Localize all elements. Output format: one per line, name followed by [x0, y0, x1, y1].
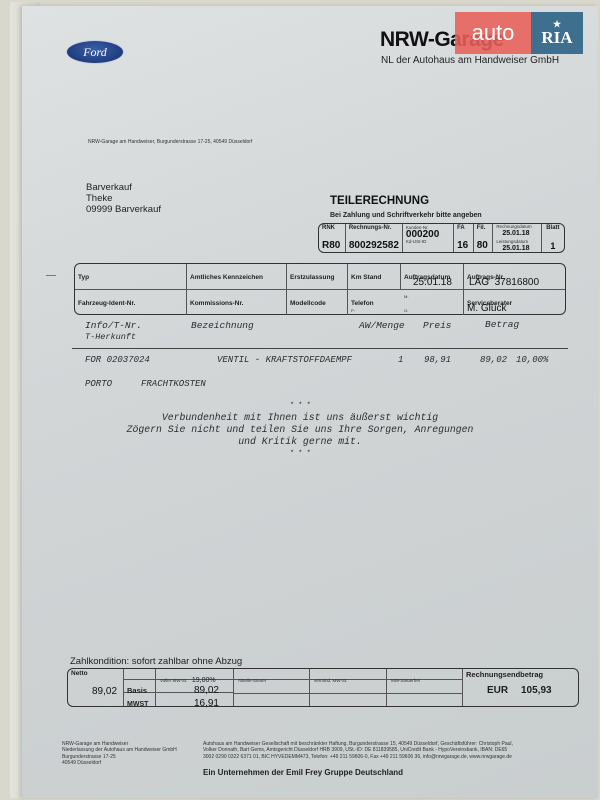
- footer-group-note: Ein Unternehmen der Emil Frey Gruppe Deu…: [203, 768, 403, 777]
- service-advisor-cell: Serviceberater M. Glück: [464, 290, 563, 315]
- message-line-1: Verbundenheit mit Ihnen ist uns äußerst …: [110, 412, 490, 424]
- fa-label: FA: [457, 225, 470, 231]
- sender-address-line: NRW-Garage am Handweiser, Burgunderstras…: [88, 139, 252, 145]
- branch-value: 80: [477, 240, 490, 251]
- phone-mobile-label: M:: [404, 294, 408, 299]
- dates-cell: Rechnungsdatum 25.01.18 Leistungsdatum 2…: [493, 224, 541, 252]
- payment-reference-note: Bei Zahlung und Schriftverkehr bitte ang…: [330, 212, 482, 219]
- plate-cell: Amtliches Kennzeichen: [187, 264, 287, 289]
- item-description: FRACHTKOSTEN: [141, 379, 206, 389]
- fold-mark: [46, 275, 56, 276]
- net-value: 89,02: [92, 686, 117, 697]
- company-subtitle: NL der Autohaus am Handweiser GmbH: [381, 55, 559, 66]
- full-vat-header: Voller MW-St. 19,00%: [156, 669, 233, 679]
- mileage-cell: Km Stand: [348, 264, 401, 289]
- service-advisor-value: M. Glück: [467, 303, 506, 314]
- customer-number-value: 000200: [406, 230, 450, 239]
- logo-text: Ford: [83, 45, 107, 60]
- autoria-watermark: auto ★ RIA: [455, 12, 583, 54]
- vin-label: Fahrzeug-Ident-Nr.: [78, 300, 135, 307]
- grand-total-label: Rechnungsendbetrag: [466, 670, 543, 679]
- vehicle-row-2: Fahrzeug-Ident-Nr. Kommissions-Nr. Model…: [75, 289, 565, 315]
- type-label: Typ: [78, 274, 89, 281]
- item-discount: 10,00%: [516, 355, 548, 365]
- message-stars-top: * * *: [110, 400, 490, 412]
- customer-message: * * * Verbundenheit mit Ihnen ist uns äu…: [110, 400, 490, 460]
- items-header-rule: [72, 348, 568, 349]
- order-number-cell: Auftrags-Nr. LAG 37816800: [464, 264, 563, 289]
- invoice-number-cell: Rechnungs-Nr. 800292582: [346, 224, 403, 252]
- commission-cell: Kommissions-Nr.: [187, 290, 287, 315]
- recipient-line-3: 09999 Barverkauf: [86, 204, 161, 215]
- service-date-label: Leistungsdatum: [496, 239, 537, 244]
- rnk-label: RNK: [322, 225, 342, 231]
- totals-box: Netto 89,02 Basis MWST Voller MW-St. 19,…: [67, 668, 579, 707]
- item-quantity: 1: [398, 355, 403, 365]
- net-cell: Netto 89,02: [68, 669, 124, 706]
- phone-label: Telefon: [351, 300, 374, 307]
- message-stars-bottom: * * *: [110, 448, 490, 460]
- footer-left-line: 40549 Düsseldorf: [62, 760, 177, 766]
- type-cell: Typ: [75, 264, 187, 289]
- net-label: Netto: [71, 670, 88, 677]
- mwst-value-row: 16,91: [156, 692, 233, 705]
- phone-private-label: P:: [351, 308, 355, 313]
- header-quantity: AW/Menge: [359, 320, 405, 331]
- item-part-number: FOR 02037024: [85, 355, 150, 365]
- ford-logo: Ford: [66, 40, 124, 64]
- full-vat-cell: Voller MW-St. 19,00% 89,02 16,91: [156, 669, 234, 706]
- service-date-value: 25.01.18: [496, 245, 537, 252]
- watermark-ria: ★ RIA: [531, 12, 583, 54]
- commission-label: Kommissions-Nr.: [190, 300, 243, 307]
- header-herkunft: T-Herkunft: [85, 332, 136, 342]
- old-parts-row-2: [234, 693, 309, 707]
- invoice-date-value: 25.01.18: [496, 230, 537, 237]
- reduced-vat-cell: vermind. MW-St.: [310, 669, 387, 706]
- mileage-label: Km Stand: [351, 274, 381, 281]
- reduced-vat-row-2: [310, 693, 386, 707]
- invoice-number-label: Rechnungs-Nr.: [349, 225, 399, 231]
- reduced-vat-label: vermind. MW-St.: [314, 678, 347, 683]
- old-parts-header: Altteile-Steuer: [234, 669, 309, 679]
- phone-cell: Telefon P: M: G:: [348, 290, 464, 315]
- header-price: Preis: [423, 320, 452, 331]
- watermark-ria-text: RIA: [541, 29, 572, 46]
- mwst-value: 16,91: [194, 698, 219, 709]
- plate-label: Amtliches Kennzeichen: [190, 274, 263, 281]
- full-vat-label: Voller MW-St.: [160, 678, 187, 683]
- footer-legal-info: Autohaus am Handweiser Gesellschaft mit …: [203, 741, 583, 760]
- item-part-number: PORTO: [85, 379, 112, 389]
- registration-label: Erstzulassung: [290, 274, 334, 281]
- branch-cell: Fil. 80: [474, 224, 494, 252]
- vehicle-info-box: Typ Amtliches Kennzeichen Erstzulassung …: [74, 263, 566, 315]
- header-amount: Betrag: [485, 319, 519, 330]
- reduced-vat-header: vermind. MW-St.: [310, 669, 386, 679]
- mwst-row: MWST: [124, 692, 155, 705]
- old-parts-tax-cell: Altteile-Steuer: [234, 669, 310, 706]
- tax-free-header: MW-Steuerfrei: [387, 669, 462, 679]
- recipient-line-1: Barverkauf: [86, 182, 161, 193]
- message-line-3: und Kritik gerne mit.: [110, 436, 490, 448]
- item-amount: 89,02: [480, 355, 507, 365]
- item-price: 98,91: [424, 355, 451, 365]
- footer-branch-address: NRW-Garage am Handweiser Niederlassung d…: [62, 741, 177, 766]
- grand-total-cell: Rechnungsendbetrag EUR 105,93: [463, 669, 578, 706]
- model-code-cell: Modellcode: [287, 290, 348, 315]
- recipient-line-2: Theke: [86, 193, 161, 204]
- mwst-label: MWST: [127, 701, 148, 708]
- invoice-info-box: RNK R80 Rechnungs-Nr. 800292582 Kunden-N…: [318, 223, 565, 253]
- basis-row: Basis: [124, 679, 155, 692]
- order-date-cell: Auftragsdatum 25.01.18: [401, 264, 464, 289]
- header-info: Info/T-Nr.: [85, 320, 142, 331]
- fa-cell: FA 16: [454, 224, 474, 252]
- model-code-label: Modellcode: [290, 300, 326, 307]
- branch-label: Fil.: [477, 225, 490, 231]
- registration-cell: Erstzulassung: [287, 264, 348, 289]
- document-title: TEILERECHNUNG: [330, 195, 429, 207]
- footer-legal-line: 3002 0290 0322 6371 01, BIC HYVEDEMM473,…: [203, 754, 583, 760]
- tax-free-row-2: [387, 693, 462, 707]
- basis-mwst-labels: Basis MWST: [124, 669, 156, 706]
- currency: EUR: [487, 685, 508, 696]
- old-parts-tax-label: Altteile-Steuer: [238, 678, 266, 683]
- grand-total-value: 105,93: [521, 685, 552, 696]
- recipient-address: Barverkauf Theke 09999 Barverkauf: [86, 182, 161, 215]
- phone-business-label: G:: [404, 308, 408, 313]
- tax-free-label: MW-Steuerfrei: [391, 678, 420, 683]
- tax-free-cell: MW-Steuerfrei: [387, 669, 463, 706]
- header-description: Bezeichnung: [191, 320, 254, 331]
- invoice-date-label: Rechnungsdatum: [496, 224, 537, 229]
- sheet-value: 1: [550, 241, 555, 251]
- message-line-2: Zögern Sie nicht und teilen Sie uns Ihre…: [110, 424, 490, 436]
- invoice-number-value: 800292582: [349, 240, 399, 251]
- sheet-label: Blatt: [546, 225, 559, 231]
- rnk-value: R80: [322, 240, 342, 251]
- order-number-value: LAG 37816800: [469, 277, 539, 288]
- spacer: [124, 669, 155, 679]
- payment-condition: Zahlkondition: sofort zahlbar ohne Abzug: [70, 656, 242, 667]
- vin-cell: Fahrzeug-Ident-Nr.: [75, 290, 187, 315]
- watermark-auto: auto: [455, 12, 531, 54]
- customer-vat-label: Kd-USt-ID: [406, 239, 450, 244]
- rnk-cell: RNK R80: [319, 224, 346, 252]
- sheet-cell: Blatt 1: [542, 224, 564, 252]
- item-description: VENTIL - KRAFTSTOFFDAEMPF: [217, 355, 352, 365]
- customer-number-cell: Kunden-Nr. 000200 Kd-USt-ID: [403, 224, 454, 252]
- footer-left-line: Niederlassung der Autohaus am Handweiser…: [62, 747, 177, 753]
- fa-value: 16: [457, 240, 470, 251]
- vehicle-row-1: Typ Amtliches Kennzeichen Erstzulassung …: [75, 264, 565, 289]
- order-date-value: 25.01.18: [413, 277, 452, 288]
